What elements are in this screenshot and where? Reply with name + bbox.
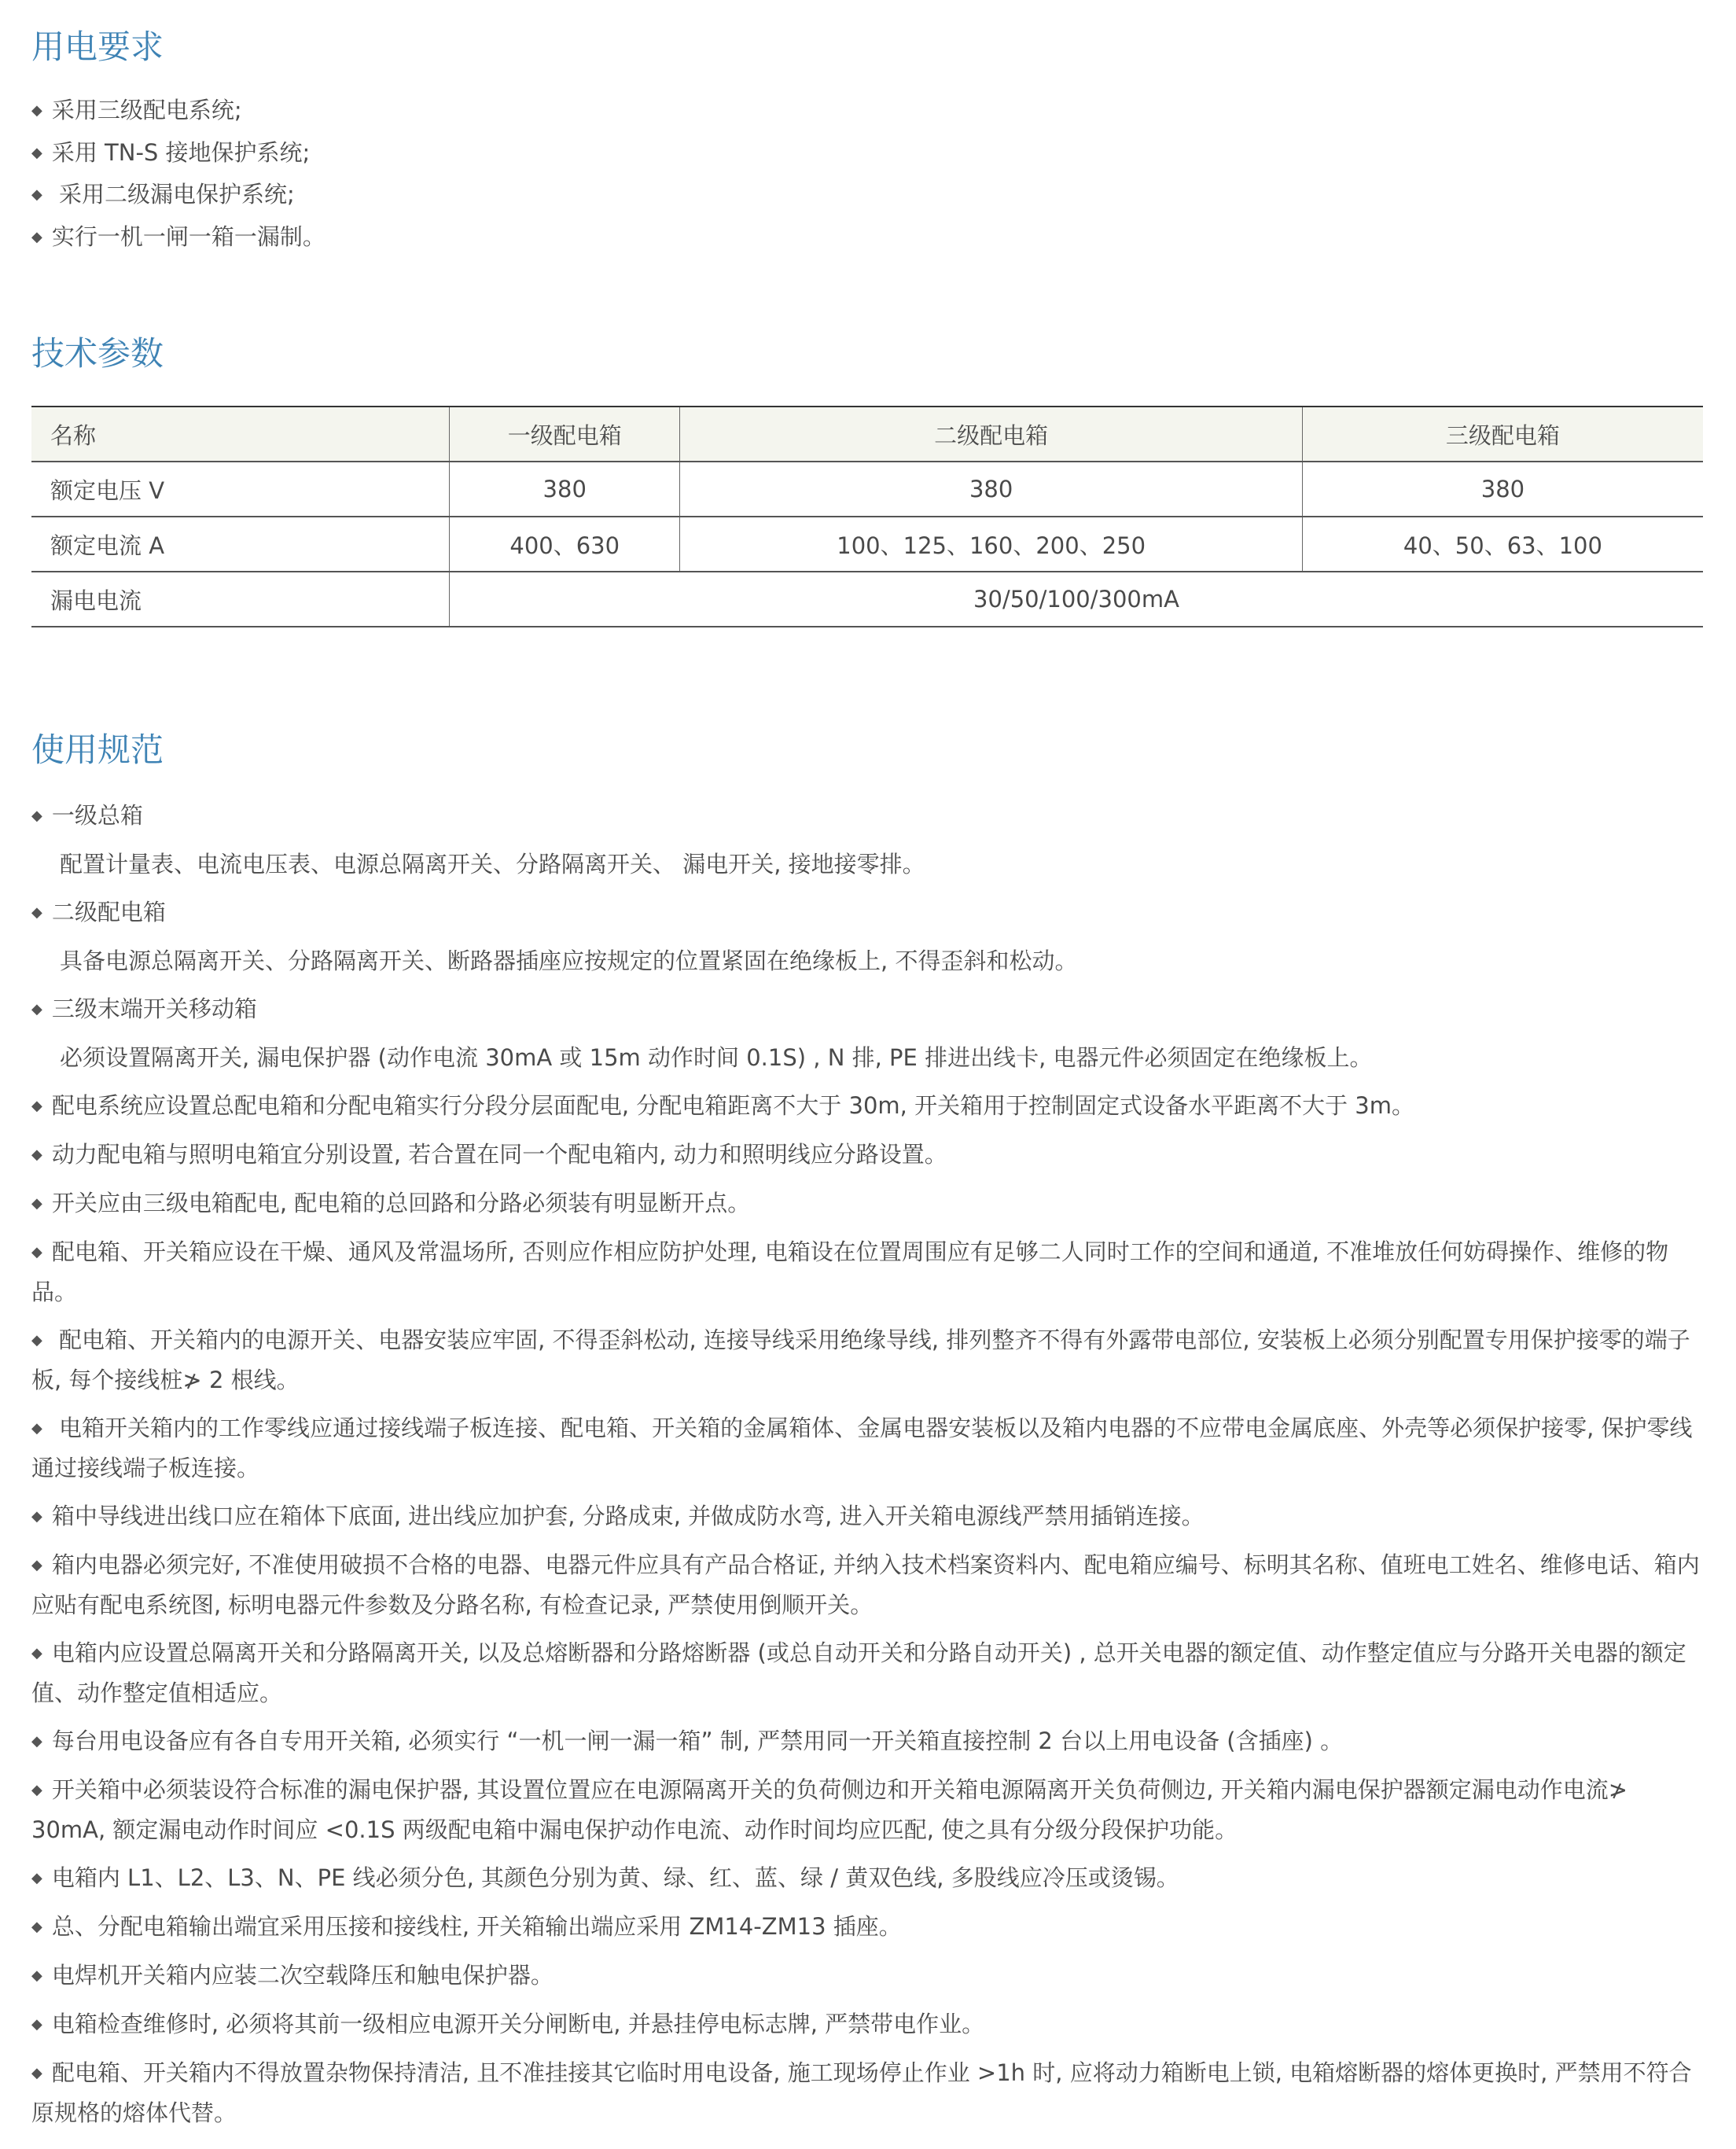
rule-detail: 具备电源总隔离开关、分路隔离开关、断路器插座应按规定的位置紧固在绝缘板上, 不得… xyxy=(31,941,1706,981)
rule-text: 电箱内应设置总隔离开关和分路隔离开关, 以及总熔断器和分路熔断器 (或总自动开关… xyxy=(31,1639,1686,1706)
row-label: 额定电流 A xyxy=(31,517,450,572)
usage-rules-list: ◆一级总箱 配置计量表、电流电压表、电源总隔离开关、分路隔离开关、 漏电开关, … xyxy=(31,796,1706,2141)
rule-text: 箱中导线进出线口应在箱体下底面, 进出线应加护套, 分路成束, 并做成防水弯, … xyxy=(52,1503,1205,1529)
rule-text: 箱内电器必须完好, 不准使用破损不合格的电器、电器元件应具有产品合格证, 并纳入… xyxy=(31,1551,1700,1618)
rule-item: ◆箱内电器必须完好, 不准使用破损不合格的电器、电器元件应具有产品合格证, 并纳… xyxy=(31,1545,1706,1625)
rule-item: ◆动力配电箱与照明电箱宜分别设置, 若合置在同一个配电箱内, 动力和照明线应分路… xyxy=(31,1135,1706,1175)
rule-text: 总、分配电箱输出端宜采用压接和接线柱, 开关箱输出端应采用 ZM14-ZM13 … xyxy=(52,1913,902,1940)
rule-text: 每台用电设备应有各自专用开关箱, 必须实行 “一机一闸一漏一箱” 制, 严禁用同… xyxy=(52,1728,1343,1754)
diamond-bullet-icon: ◆ xyxy=(31,1722,42,1761)
table-header-row: 名称 一级配电箱 二级配电箱 三级配电箱 xyxy=(31,407,1703,462)
column-header: 三级配电箱 xyxy=(1302,407,1703,462)
rule-text: 电箱内 L1、L2、L3、N、PE 线必须分色, 其颜色分别为黄、绿、红、蓝、绿… xyxy=(52,1864,1179,1891)
rule-text: 开关应由三级电箱配电, 配电箱的总回路和分路必须装有明显断开点。 xyxy=(52,1190,750,1216)
spec-table: 名称 一级配电箱 二级配电箱 三级配电箱 额定电压 V 380 380 380 … xyxy=(31,406,1703,627)
table-row: 漏电电流 30/50/100/300mA xyxy=(31,572,1703,627)
list-item: ◆ 采用二级漏电保护系统; xyxy=(31,174,325,216)
diamond-bullet-icon: ◆ xyxy=(31,1956,42,1996)
list-item: ◆实行一机一闸一箱一漏制。 xyxy=(31,216,325,259)
list-item-text: 采用三级配电系统; xyxy=(52,97,242,123)
diamond-bullet-icon: ◆ xyxy=(31,2005,42,2044)
requirements-list: ◆采用三级配电系统; ◆采用 TN-S 接地保护系统; ◆ 采用二级漏电保护系统… xyxy=(31,90,325,258)
diamond-bullet-icon: ◆ xyxy=(31,893,42,933)
rule-item: ◆配电箱、开关箱应设在干燥、通风及常温场所, 否则应作相应防护处理, 电箱设在位… xyxy=(31,1232,1706,1312)
rule-text: 电箱检查维修时, 必须将其前一级相应电源开关分闸断电, 并悬挂停电标志牌, 严禁… xyxy=(52,2011,984,2037)
diamond-bullet-icon: ◆ xyxy=(31,1087,42,1126)
rule-item: ◆电箱检查维修时, 必须将其前一级相应电源开关分闸断电, 并悬挂停电标志牌, 严… xyxy=(31,2004,1706,2044)
diamond-bullet-icon: ◆ xyxy=(31,1771,42,1810)
rule-item: ◆配电系统应设置总配电箱和分配电箱实行分段分层面配电, 分配电箱距离不大于 30… xyxy=(31,1086,1706,1126)
rule-item: ◆电箱内应设置总隔离开关和分路隔离开关, 以及总熔断器和分路熔断器 (或总自动开… xyxy=(31,1633,1706,1713)
table-cell: 380 xyxy=(680,462,1302,517)
rule-text: 动力配电箱与照明电箱宜分别设置, 若合置在同一个配电箱内, 动力和照明线应分路设… xyxy=(52,1141,947,1168)
rule-text: 电焊机开关箱内应装二次空载降压和触电保护器。 xyxy=(52,1962,554,1989)
diamond-bullet-icon: ◆ xyxy=(31,2054,42,2093)
table-cell: 400、630 xyxy=(450,517,680,572)
diamond-bullet-icon: ◆ xyxy=(31,90,42,132)
rule-detail: 必须设置隔离开关, 漏电保护器 (动作电流 30mA 或 15m 动作时间 0.… xyxy=(31,1038,1706,1077)
list-item: ◆采用三级配电系统; xyxy=(31,90,325,132)
list-item-text: 实行一机一闸一箱一漏制。 xyxy=(52,223,325,250)
rule-item: ◆配电箱、开关箱内不得放置杂物保持清洁, 且不准挂接其它临时用电设备, 施工现场… xyxy=(31,2053,1706,2132)
rule-item: ◆一级总箱 配置计量表、电流电压表、电源总隔离开关、分路隔离开关、 漏电开关, … xyxy=(31,796,1706,884)
rule-item: ◆ 电箱开关箱内的工作零线应通过接线端子板连接、配电箱、开关箱的金属箱体、金属电… xyxy=(31,1408,1706,1488)
diamond-bullet-icon: ◆ xyxy=(31,1908,42,1947)
rule-item: ◆三级末端开关移动箱 必须设置隔离开关, 漏电保护器 (动作电流 30mA 或 … xyxy=(31,989,1706,1077)
diamond-bullet-icon: ◆ xyxy=(31,1546,42,1585)
row-label: 漏电电流 xyxy=(31,572,450,627)
table-cell: 40、50、63、100 xyxy=(1302,517,1703,572)
rule-item: ◆开关应由三级电箱配电, 配电箱的总回路和分路必须装有明显断开点。 xyxy=(31,1183,1706,1224)
diamond-bullet-icon: ◆ xyxy=(31,1409,42,1448)
list-item-text: 采用 TN-S 接地保护系统; xyxy=(52,139,311,166)
rule-text: 配电箱、开关箱应设在干燥、通风及常温场所, 否则应作相应防护处理, 电箱设在位置… xyxy=(31,1238,1668,1305)
diamond-bullet-icon: ◆ xyxy=(31,1859,42,1898)
diamond-bullet-icon: ◆ xyxy=(31,1634,42,1673)
column-header: 名称 xyxy=(31,407,450,462)
rule-item: ◆电箱内 L1、L2、L3、N、PE 线必须分色, 其颜色分别为黄、绿、红、蓝、… xyxy=(31,1858,1706,1898)
table-row: 额定电压 V 380 380 380 xyxy=(31,462,1703,517)
table-cell-merged: 30/50/100/300mA xyxy=(450,572,1704,627)
rule-item: ◆二级配电箱 具备电源总隔离开关、分路隔离开关、断路器插座应按规定的位置紧固在绝… xyxy=(31,892,1706,981)
diamond-bullet-icon: ◆ xyxy=(31,1497,42,1536)
diamond-bullet-icon: ◆ xyxy=(31,990,42,1029)
list-item-text: 采用二级漏电保护系统; xyxy=(52,181,295,208)
section-title-usage: 使用规范 xyxy=(31,728,164,772)
diamond-bullet-icon: ◆ xyxy=(31,797,42,836)
rule-detail: 配置计量表、电流电压表、电源总隔离开关、分路隔离开关、 漏电开关, 接地接零排。 xyxy=(31,845,1706,884)
column-header: 二级配电箱 xyxy=(680,407,1302,462)
table-cell: 100、125、160、200、250 xyxy=(680,517,1302,572)
column-header: 一级配电箱 xyxy=(450,407,680,462)
rule-text: 开关箱中必须装设符合标准的漏电保护器, 其设置位置应在电源隔离开关的负荷侧边和开… xyxy=(31,1776,1627,1843)
rule-item: ◆ 配电箱、开关箱内的电源开关、电器安装应牢固, 不得歪斜松动, 连接导线采用绝… xyxy=(31,1320,1706,1400)
rule-text: 电箱开关箱内的工作零线应通过接线端子板连接、配电箱、开关箱的金属箱体、金属电器安… xyxy=(31,1415,1693,1481)
rule-item: ◆总、分配电箱输出端宜采用压接和接线柱, 开关箱输出端应采用 ZM14-ZM13… xyxy=(31,1907,1706,1947)
table-cell: 380 xyxy=(450,462,680,517)
table-row: 额定电流 A 400、630 100、125、160、200、250 40、50… xyxy=(31,517,1703,572)
rule-item: ◆每台用电设备应有各自专用开关箱, 必须实行 “一机一闸一漏一箱” 制, 严禁用… xyxy=(31,1721,1706,1761)
diamond-bullet-icon: ◆ xyxy=(31,174,42,216)
rule-text: 配电箱、开关箱内的电源开关、电器安装应牢固, 不得歪斜松动, 连接导线采用绝缘导… xyxy=(31,1327,1690,1393)
rule-item: ◆电焊机开关箱内应装二次空载降压和触电保护器。 xyxy=(31,1956,1706,1996)
diamond-bullet-icon: ◆ xyxy=(31,216,42,259)
diamond-bullet-icon: ◆ xyxy=(31,1321,42,1360)
rule-item: ◆箱中导线进出线口应在箱体下底面, 进出线应加护套, 分路成束, 并做成防水弯,… xyxy=(31,1496,1706,1536)
diamond-bullet-icon: ◆ xyxy=(31,1135,42,1175)
rule-title: 一级总箱 xyxy=(52,802,143,829)
diamond-bullet-icon: ◆ xyxy=(31,1233,42,1272)
rule-title: 三级末端开关移动箱 xyxy=(52,995,257,1022)
diamond-bullet-icon: ◆ xyxy=(31,1184,42,1224)
rule-item: ◆开关箱中必须装设符合标准的漏电保护器, 其设置位置应在电源隔离开关的负荷侧边和… xyxy=(31,1770,1706,1849)
rule-text: 配电箱、开关箱内不得放置杂物保持清洁, 且不准挂接其它临时用电设备, 施工现场停… xyxy=(31,2059,1692,2126)
diamond-bullet-icon: ◆ xyxy=(31,132,42,175)
list-item: ◆采用 TN-S 接地保护系统; xyxy=(31,132,325,175)
section-title-requirements: 用电要求 xyxy=(31,25,164,69)
section-title-specs: 技术参数 xyxy=(31,332,164,376)
table-cell: 380 xyxy=(1302,462,1703,517)
rule-title: 二级配电箱 xyxy=(52,899,166,925)
rule-text: 配电系统应设置总配电箱和分配电箱实行分段分层面配电, 分配电箱距离不大于 30m… xyxy=(52,1092,1414,1119)
row-label: 额定电压 V xyxy=(31,462,450,517)
